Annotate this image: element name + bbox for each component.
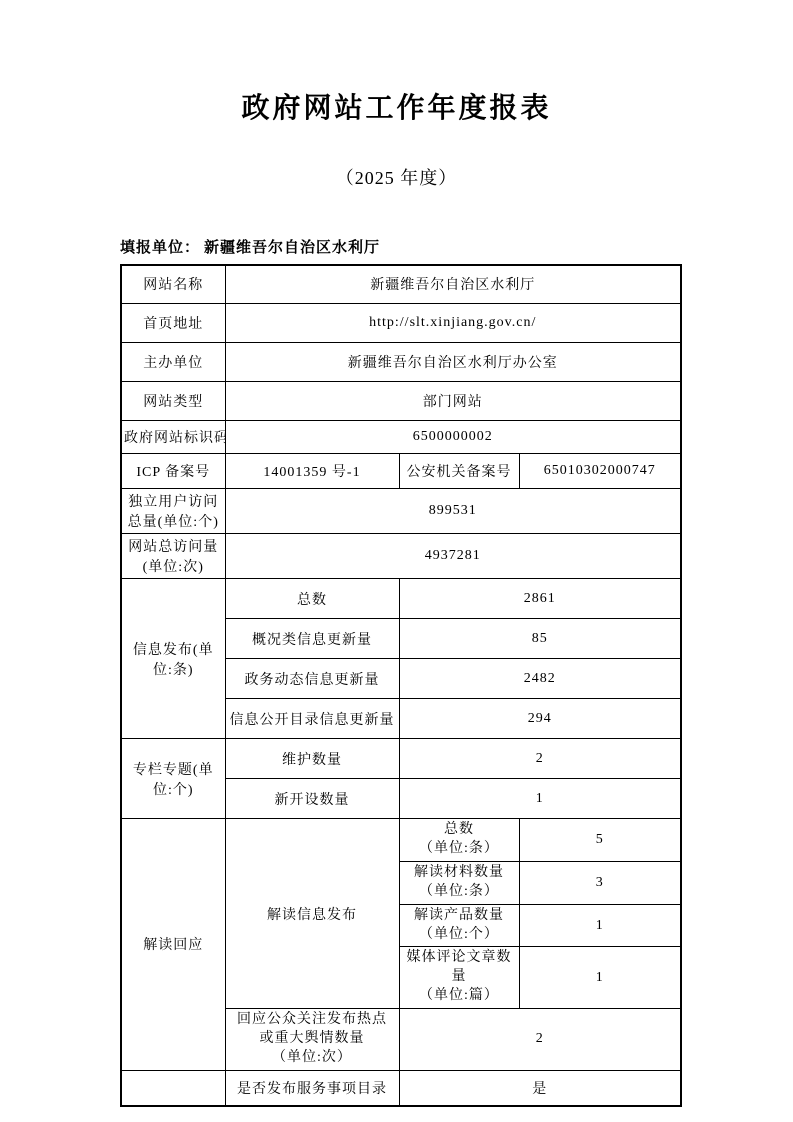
cell-interpret-product-label: 解读产品数量 （单位:个） — [399, 904, 519, 947]
cell-special-maintain-value: 2 — [399, 739, 681, 779]
cell-hotspot-label: 回应公众关注发布热点 或重大舆情数量 （单位:次） — [225, 1009, 399, 1071]
cell-info-total-value: 2861 — [399, 579, 681, 619]
cell-total-visits-label: 网站总访问量(单位:次) — [121, 534, 225, 579]
cell-empty — [121, 1070, 225, 1106]
hotspot-label-line2: 或重大舆情数量 — [228, 1030, 397, 1049]
cell-icp-label: ICP 备案号 — [121, 454, 225, 489]
cell-sponsor-value: 新疆维吾尔自治区水利厅办公室 — [225, 343, 681, 382]
table-row-interpret-total: 解读回应 解读信息发布 总数 （单位:条） 5 — [121, 819, 681, 862]
annual-report-table: 网站名称 新疆维吾尔自治区水利厅 首页地址 http://slt.xinjian… — [120, 264, 682, 1108]
interpret-total-label-line1: 总数 — [402, 821, 517, 840]
document-page: 政府网站工作年度报表 （2025 年度） 填报单位：新疆维吾尔自治区水利厅 网站… — [0, 0, 793, 1122]
cell-site-code-label: 政府网站标识码 — [121, 421, 225, 454]
cell-info-dynamics-value: 2482 — [399, 659, 681, 699]
cell-total-visits-value: 4937281 — [225, 534, 681, 579]
cell-unique-visitors-label: 独立用户访问总量(单位:个) — [121, 489, 225, 534]
cell-service-catalog-value: 是 — [399, 1070, 681, 1106]
cell-police-record-value: 65010302000747 — [519, 454, 681, 489]
interpret-material-label-line1: 解读材料数量 — [402, 864, 517, 883]
interpret-media-label-line2: （单位:篇） — [402, 987, 517, 1006]
cell-home-url-value: http://slt.xinjiang.gov.cn/ — [225, 304, 681, 343]
table-row-icp: ICP 备案号 14001359 号-1 公安机关备案号 65010302000… — [121, 454, 681, 489]
cell-unique-visitors-value: 899531 — [225, 489, 681, 534]
cell-interpret-media-label: 媒体评论文章数量 （单位:篇） — [399, 947, 519, 1009]
cell-hotspot-value: 2 — [399, 1009, 681, 1071]
table-row-site-code: 政府网站标识码 6500000002 — [121, 421, 681, 454]
cell-special-new-label: 新开设数量 — [225, 779, 399, 819]
table-row-info-publish-total: 信息发布(单位:条) 总数 2861 — [121, 579, 681, 619]
page-title: 政府网站工作年度报表 — [0, 0, 793, 125]
interpret-media-label-line1: 媒体评论文章数量 — [402, 949, 517, 987]
cell-info-overview-value: 85 — [399, 619, 681, 659]
cell-special-maintain-label: 维护数量 — [225, 739, 399, 779]
cell-interpret-total-label: 总数 （单位:条） — [399, 819, 519, 862]
reporting-unit: 填报单位：新疆维吾尔自治区水利厅 — [120, 239, 793, 257]
cell-interpret-product-value: 1 — [519, 904, 681, 947]
cell-info-catalog-value: 294 — [399, 699, 681, 739]
cell-interpret-material-value: 3 — [519, 861, 681, 904]
interpret-material-label-line2: （单位:条） — [402, 883, 517, 902]
cell-interpret-total-value: 5 — [519, 819, 681, 862]
cell-service-catalog-label: 是否发布服务事项目录 — [225, 1070, 399, 1106]
cell-home-url-label: 首页地址 — [121, 304, 225, 343]
table-row-service-catalog: 是否发布服务事项目录 是 — [121, 1070, 681, 1106]
table-row-site-type: 网站类型 部门网站 — [121, 382, 681, 421]
cell-site-type-value: 部门网站 — [225, 382, 681, 421]
cell-info-catalog-label: 信息公开目录信息更新量 — [225, 699, 399, 739]
cell-interpret-response-group: 解读回应 — [121, 819, 225, 1071]
reporting-unit-value: 新疆维吾尔自治区水利厅 — [204, 240, 380, 256]
cell-site-type-label: 网站类型 — [121, 382, 225, 421]
hotspot-label-line1: 回应公众关注发布热点 — [228, 1011, 397, 1030]
cell-info-publish-group: 信息发布(单位:条) — [121, 579, 225, 739]
page-subtitle: （2025 年度） — [0, 169, 793, 189]
hotspot-label-line3: （单位:次） — [228, 1049, 397, 1068]
interpret-product-label-line2: （单位:个） — [402, 926, 517, 945]
cell-info-total-label: 总数 — [225, 579, 399, 619]
table-row-unique-visitors: 独立用户访问总量(单位:个) 899531 — [121, 489, 681, 534]
cell-sponsor-label: 主办单位 — [121, 343, 225, 382]
cell-info-dynamics-label: 政务动态信息更新量 — [225, 659, 399, 699]
cell-site-name-value: 新疆维吾尔自治区水利厅 — [225, 265, 681, 304]
cell-interpret-media-value: 1 — [519, 947, 681, 1009]
cell-interpret-publish-group: 解读信息发布 — [225, 819, 399, 1009]
interpret-total-label-line2: （单位:条） — [402, 840, 517, 859]
cell-site-code-value: 6500000002 — [225, 421, 681, 454]
reporting-unit-label: 填报单位： — [120, 240, 200, 256]
table-row-sponsor: 主办单位 新疆维吾尔自治区水利厅办公室 — [121, 343, 681, 382]
table-row-home-url: 首页地址 http://slt.xinjiang.gov.cn/ — [121, 304, 681, 343]
table-row-special-maintain: 专栏专题(单位:个) 维护数量 2 — [121, 739, 681, 779]
cell-icp-value: 14001359 号-1 — [225, 454, 399, 489]
cell-police-record-label: 公安机关备案号 — [399, 454, 519, 489]
cell-site-name-label: 网站名称 — [121, 265, 225, 304]
cell-interpret-material-label: 解读材料数量 （单位:条） — [399, 861, 519, 904]
interpret-product-label-line1: 解读产品数量 — [402, 907, 517, 926]
table-row-total-visits: 网站总访问量(单位:次) 4937281 — [121, 534, 681, 579]
cell-info-overview-label: 概况类信息更新量 — [225, 619, 399, 659]
cell-special-new-value: 1 — [399, 779, 681, 819]
cell-special-topics-group: 专栏专题(单位:个) — [121, 739, 225, 819]
table-row-site-name: 网站名称 新疆维吾尔自治区水利厅 — [121, 265, 681, 304]
